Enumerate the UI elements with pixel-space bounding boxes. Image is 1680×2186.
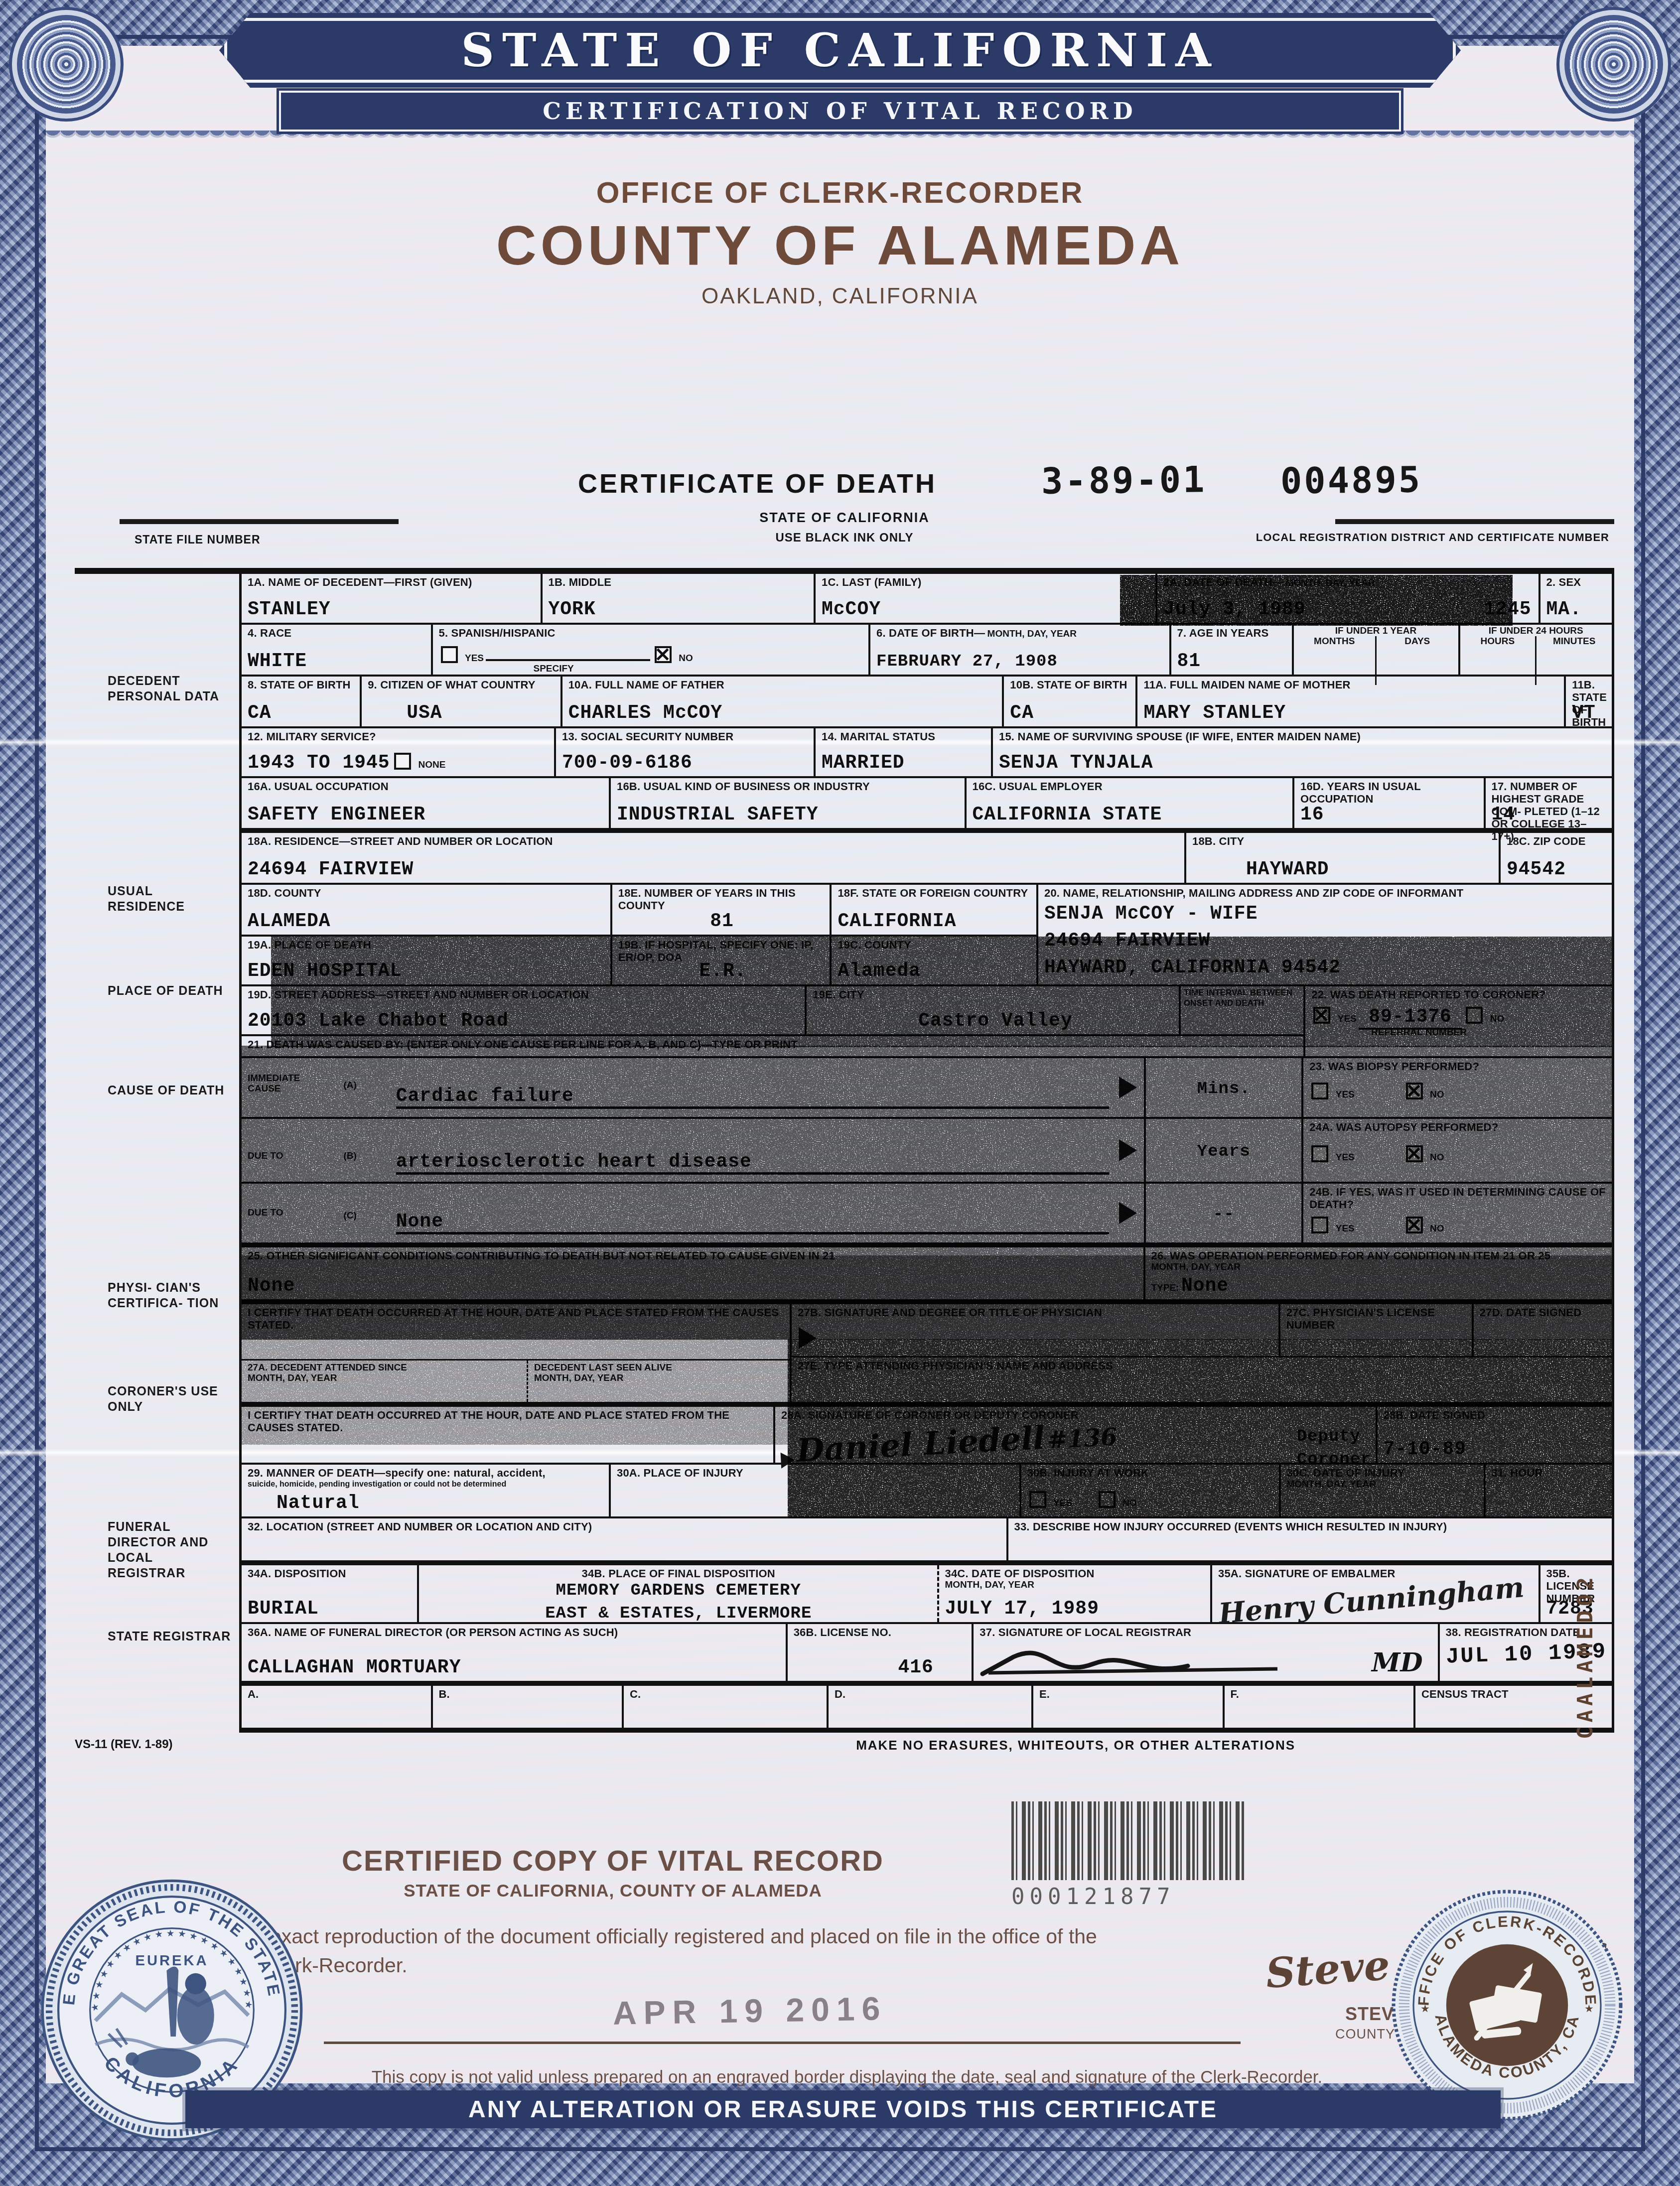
field-19a: 19A. PLACE OF DEATH EDEN HOSPITAL <box>242 937 612 984</box>
field-29-manner: 29. MANNER OF DEATH—specify one: natural… <box>242 1465 611 1516</box>
checkbox-checked <box>655 646 672 663</box>
checkbox-unchecked <box>441 646 458 663</box>
field-30c: 30C. DATE OF INJURY MONTH, DAY, YEAR <box>1281 1465 1486 1516</box>
date-issued-line <box>324 2042 1241 2044</box>
vital-record-banner: CERTIFICATION OF VITAL RECORD <box>279 91 1401 132</box>
section-label-funeral: FUNERAL DIRECTOR AND LOCAL REGISTRAR <box>108 1519 232 1581</box>
rule-dash <box>1335 519 1614 524</box>
form-row-cause-a: IMMEDIATE CAUSE (A) Cardiac failure Mins… <box>242 1058 1612 1119</box>
section-label-place: PLACE OF DEATH <box>108 983 232 999</box>
state-file-number-label: STATE FILE NUMBER <box>135 533 261 546</box>
form-row-manner: 29. MANNER OF DEATH—specify one: natural… <box>242 1465 1612 1518</box>
section-label-cause: CAUSE OF DEATH <box>108 1083 232 1098</box>
field-14: 14. MARITAL STATUS MARRIED <box>816 728 993 776</box>
checkbox-unchecked <box>1311 1083 1328 1099</box>
arrow-icon <box>1119 1139 1137 1161</box>
field-9: 9. CITIZEN OF WHAT COUNTRY USA <box>362 677 562 726</box>
field-15: 15. NAME OF SURVIVING SPOUSE (IF WIFE, E… <box>993 728 1612 776</box>
coroner-signature-row: I CERTIFY THAT DEATH OCCURRED AT THE HOU… <box>242 1407 1612 1465</box>
field-2-sex: 2. SEX MA. <box>1540 574 1612 623</box>
physician-certification-block: I CERTIFY THAT DEATH OCCURRED AT THE HOU… <box>242 1304 1612 1407</box>
field-11a: 11A. FULL MAIDEN NAME OF MOTHER MARY STA… <box>1137 677 1566 726</box>
certificate-of-death: CERTIFICATE OF DEATH 3-89-01 004895 STAT… <box>75 459 1614 1753</box>
barcode <box>1011 1801 1246 1880</box>
form-row-other-conditions: 25. OTHER SIGNIFICANT CONDITIONS CONTRIB… <box>242 1247 1612 1304</box>
arrow-icon <box>1119 1202 1137 1224</box>
box-b: B. <box>433 1686 624 1728</box>
county-heading: COUNTY OF ALAMEDA <box>0 213 1680 277</box>
field-34b: 34B. PLACE OF FINAL DISPOSITION MEMORY G… <box>419 1565 939 1622</box>
state-banner: STATE OF CALIFORNIA <box>219 13 1461 88</box>
field-23-biopsy: 23. WAS BIOPSY PERFORMED? YES NO <box>1303 1058 1612 1117</box>
field-6-dob: 6. DATE OF BIRTH— MONTH, DAY, YEAR FEBRU… <box>870 625 1171 675</box>
form-table: 1A. NAME OF DECEDENT—FIRST (GIVEN) STANL… <box>239 574 1614 1733</box>
cause-a-value: Cardiac failure <box>396 1087 1110 1109</box>
border-scallop-edge <box>46 131 1634 153</box>
cause-c-interval: -- <box>1144 1184 1303 1242</box>
field-20-informant: 20. NAME, RELATIONSHIP, MAILING ADDRESS … <box>1036 885 1612 984</box>
no-erasures-warning: MAKE NO ERASURES, WHITEOUTS, OR OTHER AL… <box>856 1738 1295 1753</box>
field-22-coroner-reported: 22. WAS DEATH REPORTED TO CORONER? YES 8… <box>1303 986 1612 1056</box>
form-row-disposition: 34A. DISPOSITION BURIAL 34B. PLACE OF FI… <box>242 1565 1612 1624</box>
field-24b-autopsy-used: 24B. IF YES, WAS IT USED IN DETERMINING … <box>1303 1184 1612 1242</box>
coroner-certify-statement: I CERTIFY THAT DEATH OCCURRED AT THE HOU… <box>242 1407 775 1463</box>
form-row-military: 12. MILITARY SERVICE? 1943 TO 1945 NONE … <box>242 728 1612 778</box>
field-13: 13. SOCIAL SECURITY NUMBER 700-09-6186 <box>556 728 816 776</box>
field-34a: 34A. DISPOSITION BURIAL <box>242 1565 419 1622</box>
local-registration-label: LOCAL REGISTRATION DISTRICT AND CERTIFIC… <box>1256 531 1609 544</box>
form-row-occupation: 16A. USUAL OCCUPATION SAFETY ENGINEER 16… <box>242 778 1612 833</box>
field-27e-physician-name: 27E. TYPE ATTENDING PHYSICIAN'S NAME AND… <box>792 1358 1612 1402</box>
box-d: D. <box>829 1686 1033 1728</box>
due-to-label: DUE TO <box>242 1119 338 1182</box>
form-row-injury-location: 32. LOCATION (STREET AND NUMBER OR LOCAT… <box>242 1518 1612 1565</box>
form-row-funeral-director: 36A. NAME OF FUNERAL DIRECTOR (OR PERSON… <box>242 1624 1612 1686</box>
field-27a-last-seen: DECEDENT LAST SEEN ALIVE MONTH, DAY, YEA… <box>528 1361 790 1402</box>
checkbox-unchecked <box>394 753 411 770</box>
form-row-county-informant: 18D. COUNTY ALAMEDA 18E. NUMBER OF YEARS… <box>242 885 1612 986</box>
field-36a: 36A. NAME OF FUNERAL DIRECTOR (OR PERSON… <box>242 1624 788 1681</box>
field-10b: 10B. STATE OF BIRTH CA <box>1004 677 1137 726</box>
field-5-hispanic: 5. SPANISH/HISPANIC YES NO SPECIFY <box>433 625 871 675</box>
certificate-number-stamp: 004895 <box>1280 459 1422 502</box>
section-label-residence: USUAL RESIDENCE <box>108 884 232 915</box>
time-interval-header: TIME INTERVAL BETWEEN ONSET AND DEATH <box>1181 986 1303 1034</box>
field-21-header: 21. DEATH WAS CAUSED BY: (ENTER ONLY ONE… <box>242 1036 1303 1056</box>
field-16b: 16B. USUAL KIND OF BUSINESS OR INDUSTRY … <box>611 778 967 828</box>
field-18d: 18D. COUNTY ALAMEDA <box>242 885 612 935</box>
field-27d-date: 27D. DATE SIGNED <box>1474 1304 1612 1356</box>
district-number-stamp: 3-89-01 <box>1041 458 1207 502</box>
checkbox-checked <box>1406 1145 1423 1162</box>
field-26: 26. WAS OPERATION PERFORMED FOR ANY COND… <box>1145 1247 1612 1299</box>
form-row-residence: 18A. RESIDENCE—STREET AND NUMBER OR LOCA… <box>242 833 1612 885</box>
field-19d: 19D. STREET ADDRESS—STREET AND NUMBER OR… <box>242 986 807 1034</box>
field-28b-date-signed: 28B. DATE SIGNED 7-10-89 <box>1378 1407 1612 1463</box>
field-1b: 1B. MIDDLE YORK <box>543 574 816 623</box>
barcode-number: 000121877 <box>1011 1884 1246 1910</box>
side-form-code: CAALAMED02 <box>1573 1573 1597 1739</box>
field-16c: 16C. USUAL EMPLOYER CALIFORNIA STATE <box>967 778 1295 828</box>
field-28a-coroner-signature: 28A. SIGNATURE OF CORONER OR DEPUTY CORO… <box>775 1407 1378 1463</box>
field-11b: 11B. STATE OF BIRTH VT <box>1566 677 1612 726</box>
cause-b-tag: (B) <box>338 1119 391 1182</box>
box-f: F. <box>1225 1686 1416 1728</box>
field-2b-hour: 1245 <box>1484 600 1531 620</box>
cause-c-tag: (C) <box>338 1184 391 1242</box>
field-30a: 30A. PLACE OF INJURY <box>611 1465 1021 1516</box>
field-33: 33. DESCRIBE HOW INJURY OCCURRED (EVENTS… <box>1008 1518 1612 1560</box>
alteration-warning-band: ANY ALTERATION OR ERASURE VOIDS THIS CER… <box>185 2090 1501 2128</box>
field-18e: 18E. NUMBER OF YEARS IN THIS COUNTY 81 <box>612 885 832 935</box>
field-25: 25. OTHER SIGNIFICANT CONDITIONS CONTRIB… <box>242 1247 1145 1299</box>
field-19e: 19E. CITY Castro Valley <box>807 986 1181 1034</box>
certified-copy-title: CERTIFIED COPY OF VITAL RECORD <box>289 1844 937 1878</box>
arrow-icon <box>1119 1077 1137 1098</box>
cause-c-value: None <box>396 1212 1110 1234</box>
field-16d: 16D. YEARS IN USUAL OCCUPATION 16 <box>1294 778 1486 828</box>
field-1a: 1A. NAME OF DECEDENT—FIRST (GIVEN) STANL… <box>242 574 543 623</box>
arrow-icon <box>799 1327 817 1349</box>
checkbox-unchecked <box>1311 1217 1328 1233</box>
field-35a-embalmer: 35A. SIGNATURE OF EMBALMER Henry Cunning… <box>1212 1565 1540 1622</box>
field-10a: 10A. FULL NAME OF FATHER CHARLES McCOY <box>562 677 1004 726</box>
form-row-cause-b: DUE TO (B) arteriosclerotic heart diseas… <box>242 1119 1612 1184</box>
registrar-signature-scribble <box>979 1644 1297 1680</box>
cause-a-tag: (A) <box>338 1058 391 1117</box>
checkbox-checked <box>1313 1007 1330 1024</box>
immediate-cause-label: IMMEDIATE CAUSE <box>242 1058 338 1117</box>
cause-a-interval: Mins. <box>1144 1058 1303 1117</box>
field-32: 32. LOCATION (STREET AND NUMBER OR LOCAT… <box>242 1518 1008 1560</box>
death-certificate-scan: { "colors": { "border_blue": "#46588c", … <box>0 0 1680 2186</box>
field-31-hour: 31. HOUR <box>1486 1465 1612 1516</box>
section-label-state-registrar: STATE REGISTRAR <box>108 1629 232 1644</box>
field-37-registrar-signature: 37. SIGNATURE OF LOCAL REGISTRAR MD <box>974 1624 1439 1681</box>
specify-line <box>486 646 650 661</box>
field-27a-attended: 27A. DECEDENT ATTENDED SINCE MONTH, DAY,… <box>242 1361 528 1402</box>
field-19b: 19B. IF HOSPITAL, SPECIFY ONE: IP, ER/OP… <box>612 937 832 984</box>
section-label-physician: PHYSI- CIAN'S CERTIFICA- TION <box>108 1280 232 1311</box>
field-under-1-year: IF UNDER 1 YEAR MONTHS DAYS <box>1294 625 1460 675</box>
cause-b-interval: Years <box>1144 1119 1303 1182</box>
checkbox-unchecked <box>1311 1145 1328 1162</box>
field-17: 17. NUMBER OF HIGHEST GRADE COM- PLETED … <box>1486 778 1612 828</box>
seal-motto: EUREKA <box>136 1953 209 1969</box>
box-c: C. <box>624 1686 829 1728</box>
field-4-race: 4. RACE WHITE <box>242 625 433 675</box>
field-18a: 18A. RESIDENCE—STREET AND NUMBER OR LOCA… <box>242 833 1186 883</box>
banner-title: STATE OF CALIFORNIA <box>461 23 1219 77</box>
field-under-24-hours: IF UNDER 24 HOURS HOURS MINUTES <box>1460 625 1612 675</box>
seal-star-left: ★ <box>1420 2003 1430 2015</box>
box-e: E. <box>1033 1686 1225 1728</box>
certificate-title: CERTIFICATE OF DEATH <box>578 468 937 499</box>
certificate-title-row: CERTIFICATE OF DEATH 3-89-01 004895 <box>75 459 1614 509</box>
cause-b-value: arteriosclerotic heart disease <box>396 1152 1110 1175</box>
form-row-death-address: 19D. STREET ADDRESS—STREET AND NUMBER OR… <box>242 986 1612 1058</box>
certified-copy-subtitle: STATE OF CALIFORNIA, COUNTY OF ALAMEDA <box>289 1881 937 1901</box>
field-30b: 30B. INJURY AT WORK YES NO <box>1021 1465 1281 1516</box>
field-16a: 16A. USUAL OCCUPATION SAFETY ENGINEER <box>242 778 611 828</box>
banner-subtitle: CERTIFICATION OF VITAL RECORD <box>543 98 1137 125</box>
field-8: 8. STATE OF BIRTH CA <box>242 677 362 726</box>
section-label-decedent: DECEDENT PERSONAL DATA <box>108 674 232 704</box>
field-18f: 18F. STATE OR FOREIGN COUNTRY CALIFORNIA <box>832 885 1036 935</box>
field-19c: 19C. COUNTY Alameda <box>832 937 1036 984</box>
field-27b-signature: 27B. SIGNATURE AND DEGREE OR TITLE OF PH… <box>792 1304 1280 1356</box>
office-heading: OFFICE OF CLERK-RECORDER <box>0 175 1680 210</box>
box-a: A. <box>242 1686 433 1728</box>
field-34c: 34C. DATE OF DISPOSITION MONTH, DAY, YEA… <box>939 1565 1213 1622</box>
form-row-state-registrar: A. B. C. D. E. F. CENSUS TRACT <box>242 1686 1612 1733</box>
checkbox-checked <box>1406 1217 1423 1233</box>
checkbox-unchecked <box>1029 1491 1046 1508</box>
seal-star-right: ★ <box>1584 2003 1594 2015</box>
city-heading: OAKLAND, CALIFORNIA <box>0 284 1680 309</box>
checkbox-checked <box>1406 1083 1423 1099</box>
corner-rosette-icon <box>1569 20 1658 109</box>
validity-note: This copy is not valid unless prepared o… <box>199 2067 1495 2087</box>
form-row-race: 4. RACE WHITE 5. SPANISH/HISPANIC YES NO… <box>242 625 1612 677</box>
form-number: VS-11 (REV. 1-89) <box>75 1738 173 1753</box>
field-36b: 36B. LICENSE NO. 416 <box>788 1624 974 1681</box>
field-7-age: 7. AGE IN YEARS 81 <box>1171 625 1294 675</box>
checkbox-unchecked <box>1099 1491 1116 1508</box>
rule-dash <box>120 519 399 524</box>
checkbox-unchecked <box>1466 1007 1483 1024</box>
field-12: 12. MILITARY SERVICE? 1943 TO 1945 NONE <box>242 728 556 776</box>
form-row-cause-c: DUE TO (C) None -- 24B. IF YES, WAS IT U… <box>242 1184 1612 1247</box>
physician-certify-statement: I CERTIFY THAT DEATH OCCURRED AT THE HOU… <box>242 1304 790 1361</box>
section-label-coroner: CORONER'S USE ONLY <box>108 1384 232 1415</box>
field-24a-autopsy: 24A. WAS AUTOPSY PERFORMED? YES NO <box>1303 1119 1612 1182</box>
field-18c: 18C. ZIP CODE 94542 <box>1501 833 1612 883</box>
field-18b: 18B. CITY HAYWARD <box>1186 833 1501 883</box>
clerk-recorder-seal: OFFICE OF CLERK-RECORDER ALAMEDA COUNTY,… <box>1390 1888 1624 2122</box>
date-issued-stamp: APR 19 2016 <box>612 1989 887 2032</box>
field-2a: 2A. DATE OF DEATH— MONTH, DAY, YEAR July… <box>1157 574 1540 623</box>
field-1c: 1C. LAST (FAMILY) McCOY <box>816 574 1157 623</box>
form-row-parents: 8. STATE OF BIRTH CA 9. CITIZEN OF WHAT … <box>242 677 1612 728</box>
corner-rosette-icon <box>22 20 111 109</box>
field-27c-license: 27C. PHYSICIAN'S LICENSE NUMBER <box>1280 1304 1474 1356</box>
due-to-label: DUE TO <box>242 1184 338 1242</box>
form-row-name: 1A. NAME OF DECEDENT—FIRST (GIVEN) STANL… <box>242 574 1612 625</box>
certificate-subheader: STATE OF CALIFORNIA USE BLACK INK ONLY S… <box>75 509 1614 574</box>
form-footer: VS-11 (REV. 1-89) MAKE NO ERASURES, WHIT… <box>75 1733 1614 1753</box>
